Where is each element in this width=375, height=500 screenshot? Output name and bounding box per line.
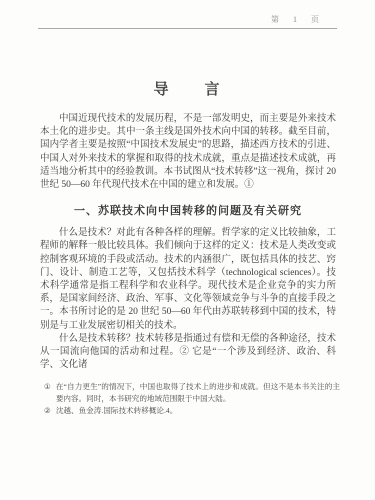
section-heading: 一、苏联技术向中国转移的问题及有关研究 [40, 202, 336, 218]
paragraph-what-is-technology-transfer: 什么是技术转移？技术转移是指通过有偿和无偿的各种途径，技术从一国流向他国的活动和… [40, 333, 336, 373]
chapter-title: 导 言 [0, 78, 375, 99]
header-rule [38, 28, 337, 29]
body-text: 中国近现代技术的发展历程，不是一部发明史，而主要是外来技术本土化的进步史。其中一… [40, 113, 336, 372]
footnote-2-text: 沈越、鱼金涛.国际技术转移概论.4。 [56, 405, 340, 417]
footnotes: ① 在“自力更生”的情况下，中国也取得了技术上的进步和成就。但这不是本书关注的主… [44, 381, 340, 418]
footnote-2-marker: ② [44, 405, 51, 417]
book-page: 第 1 页 导 言 中国近现代技术的发展历程，不是一部发明史，而主要是外来技术本… [0, 0, 375, 500]
footnote-2: ② 沈越、鱼金涛.国际技术转移概论.4。 [44, 405, 340, 417]
paragraph-what-is-technology: 什么是技术？对此有各种各样的理解。哲学家的定义比较抽象，工程师的解释一般比较具体… [40, 227, 336, 333]
paragraph-intro: 中国近现代技术的发展历程，不是一部发明史，而主要是外来技术本土化的进步史。其中一… [40, 113, 336, 192]
footnote-1-marker: ① [44, 381, 51, 404]
footnote-1: ① 在“自力更生”的情况下，中国也取得了技术上的进步和成就。但这不是本书关注的主… [44, 381, 340, 404]
page-number: 第 1 页 [271, 14, 325, 25]
footnote-1-text: 在“自力更生”的情况下，中国也取得了技术上的进步和成就。但这不是本书关注的主要内… [56, 381, 340, 404]
